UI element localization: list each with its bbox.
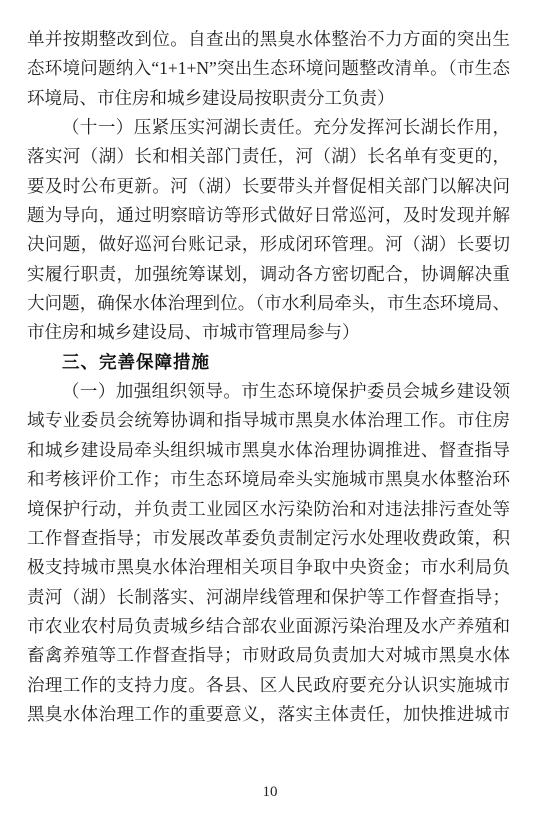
text-line: 市农业农村局负责城乡结合部农业面源污染治理及水产养殖和	[27, 612, 510, 641]
page-number: 10	[0, 784, 540, 801]
section-heading: 三、完善保障措施	[27, 348, 510, 377]
text-line: 决问题，做好巡河台账记录，形成闭环管理。河（湖）长要切	[27, 230, 510, 259]
text-line: 落实河（湖）长和相关部门责任，河（湖）长名单有变更的，	[27, 142, 510, 171]
text-line: 题为导向，通过明察暗访等形式做好日常巡河，及时发现并解	[27, 201, 510, 230]
text-line: 治理工作的支持力度。各县、区人民政府要充分认识实施城市	[27, 671, 510, 700]
text-line: 环境局、市住房和城乡建设局按职责分工负责）	[27, 84, 510, 113]
document-page: 单并按期整改到位。自查出的黑臭水体整治不力方面的突出生态环境问题纳入“1+1+N…	[0, 0, 540, 819]
text-line: 极支持城市黑臭水体治理相关项目争取中央资金；市水利局负	[27, 553, 510, 582]
text-line: 态环境问题纳入“1+1+N”突出生态环境问题整改清单。（市生态	[27, 54, 510, 83]
text-line: 域专业委员会统筹协调和指导城市黑臭水体治理工作。市住房	[27, 406, 510, 435]
text-line: 实履行职责，加强统筹谋划，调动各方密切配合，协调解决重	[27, 260, 510, 289]
text-line: 和城乡建设局牵头组织城市黑臭水体治理协调推进、督查指导	[27, 436, 510, 465]
text-line: 境保护行动，并负责工业园区水污染防治和对违法排污查处等	[27, 495, 510, 524]
text-line: 单并按期整改到位。自查出的黑臭水体整治不力方面的突出生	[27, 25, 510, 54]
text-line: 大问题，确保水体治理到位。（市水利局牵头，市生态环境局、	[27, 289, 510, 318]
document-body: 单并按期整改到位。自查出的黑臭水体整治不力方面的突出生态环境问题纳入“1+1+N…	[27, 25, 510, 729]
text-line: 和考核评价工作；市生态环境局牵头实施城市黑臭水体整治环	[27, 465, 510, 494]
text-line: （一）加强组织领导。市生态环境保护委员会城乡建设领	[27, 377, 510, 406]
text-line: 工作督查指导；市发展改革委负责制定污水处理收费政策，积	[27, 524, 510, 553]
text-line: 要及时公布更新。河（湖）长要带头并督促相关部门以解决问	[27, 172, 510, 201]
text-line: 责河（湖）长制落实、河湖岸线管理和保护等工作督查指导；	[27, 583, 510, 612]
text-line: （十一）压紧压实河湖长责任。充分发挥河长湖长作用，	[27, 113, 510, 142]
text-line: 市住房和城乡建设局、市城市管理局参与）	[27, 318, 510, 347]
text-line: 黑臭水体治理工作的重要意义，落实主体责任，加快推进城市	[27, 700, 510, 729]
text-line: 畜禽养殖等工作督查指导；市财政局负责加大对城市黑臭水体	[27, 641, 510, 670]
